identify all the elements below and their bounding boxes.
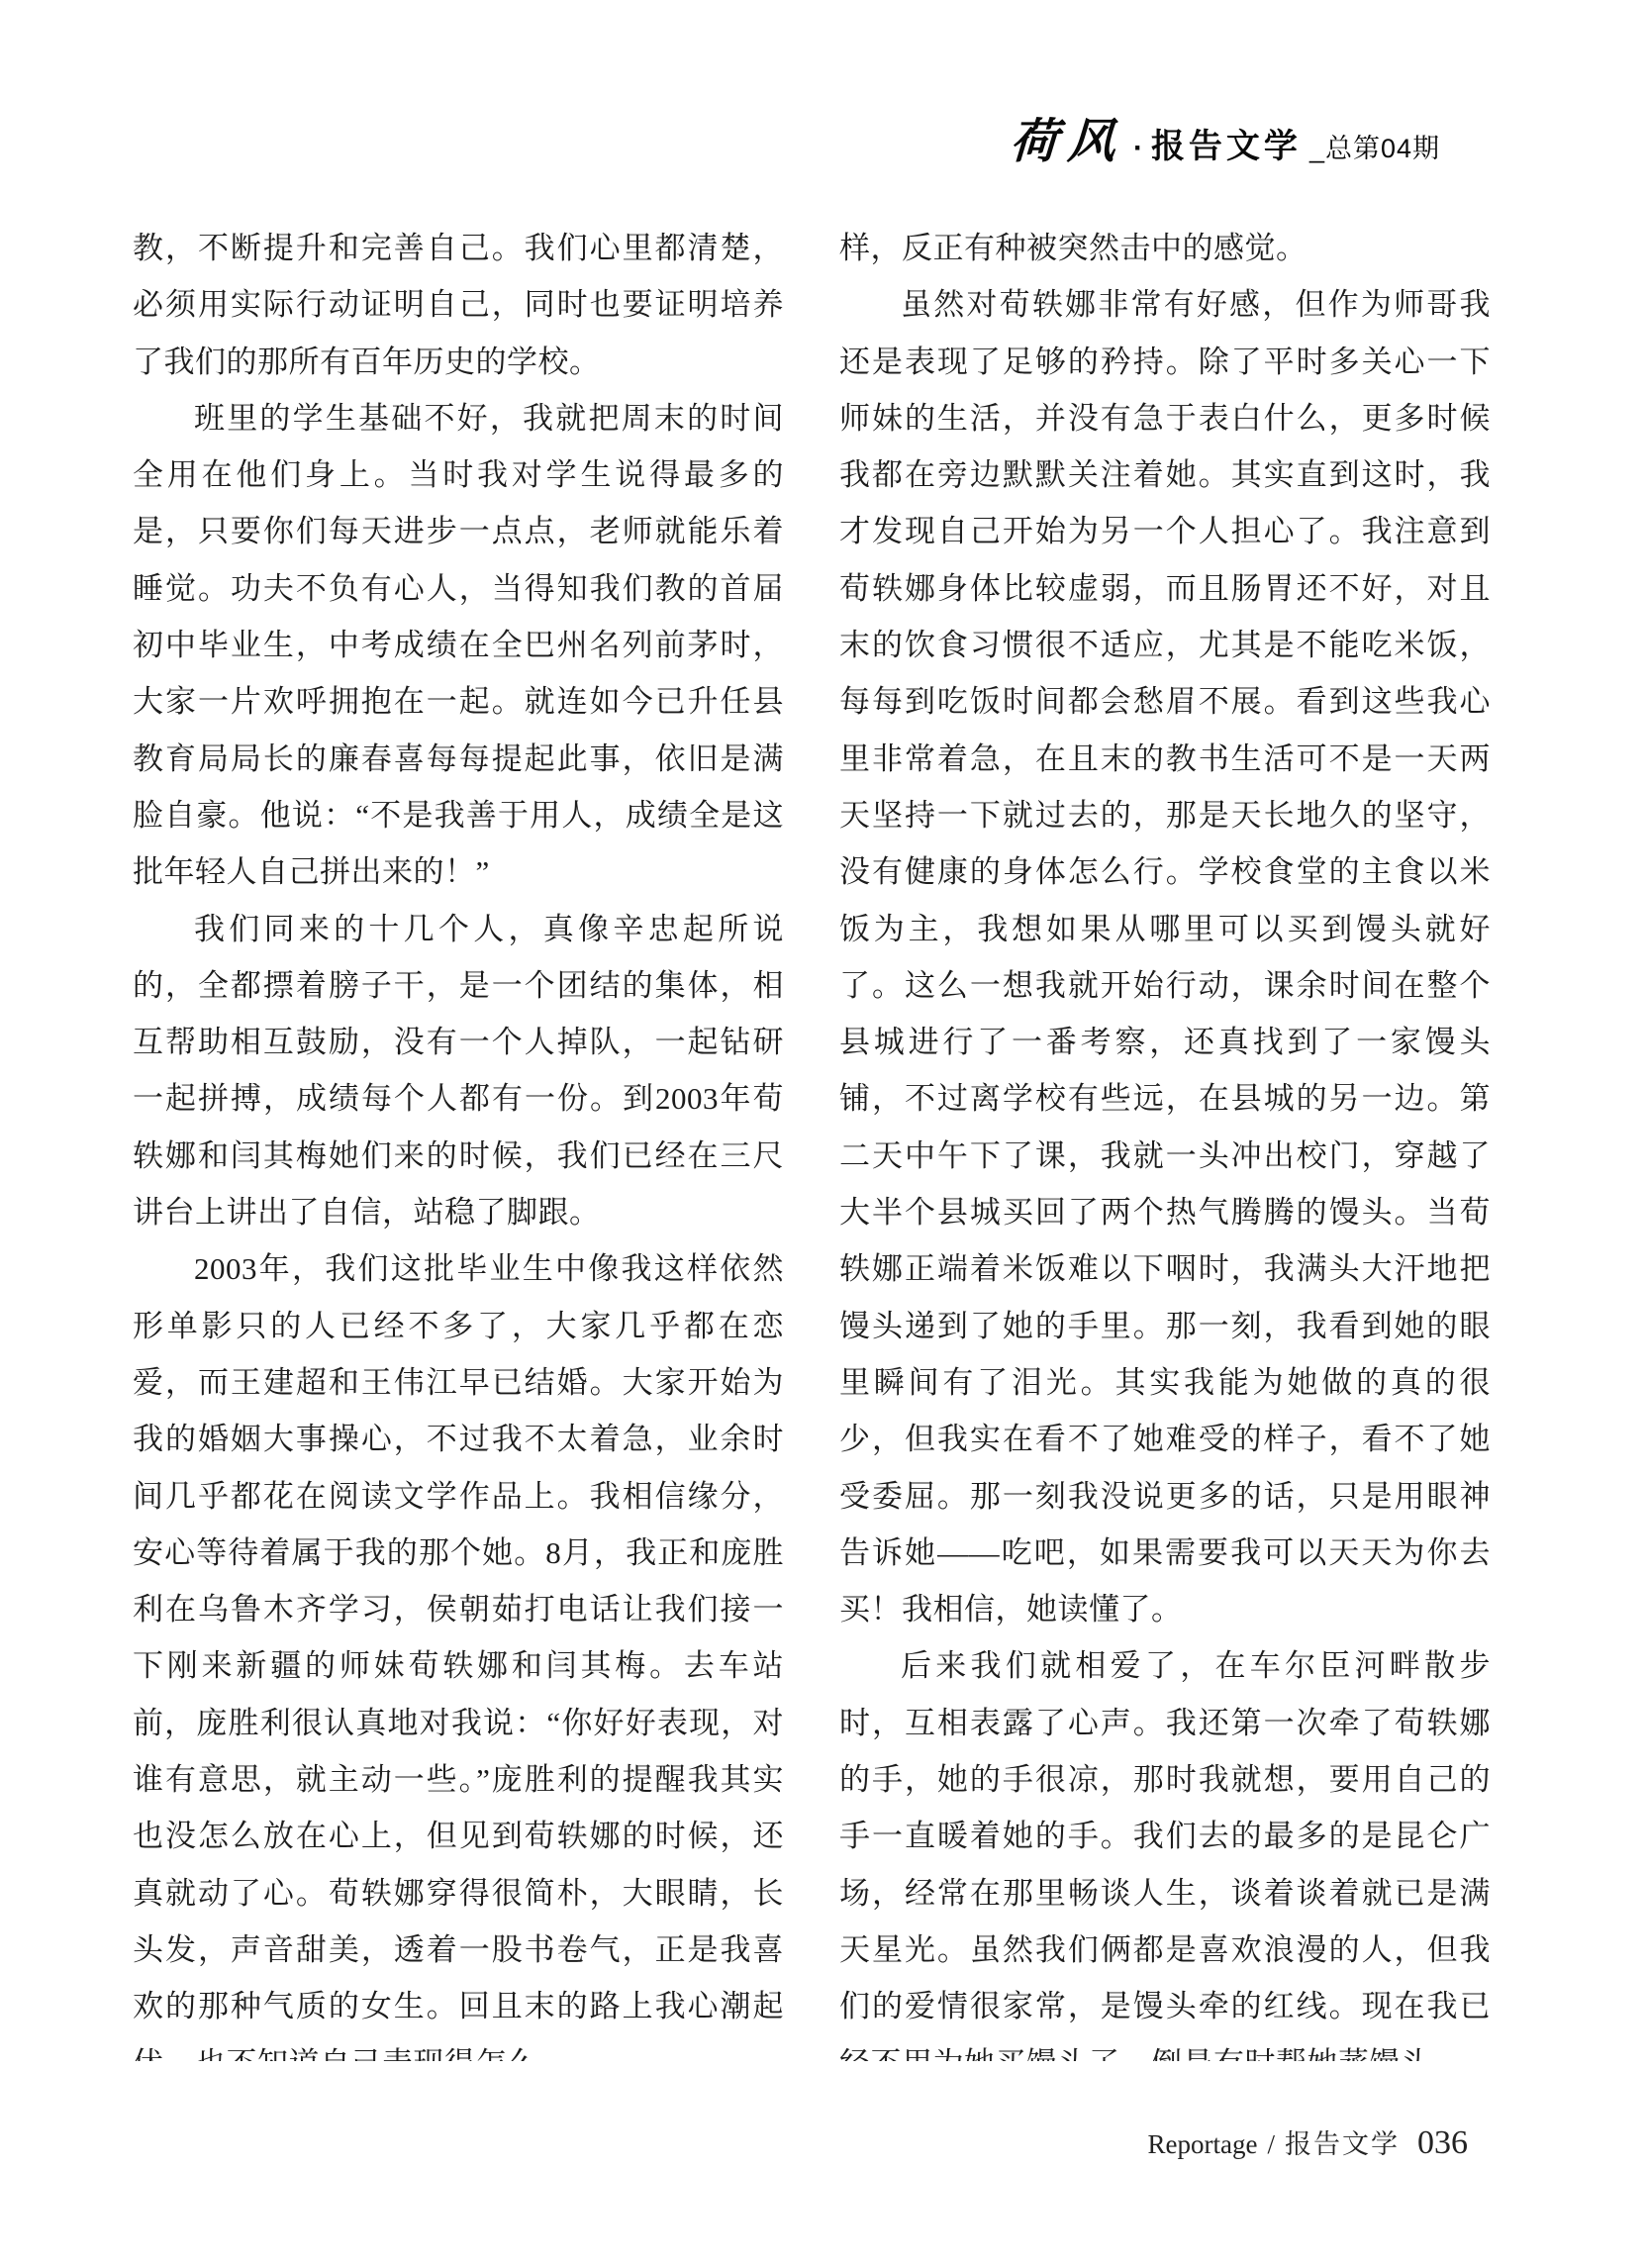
- paragraph: 教，不断提升和完善自己。我们心里都清楚，必须用实际行动证明自己，同时也要证明培养…: [133, 220, 784, 390]
- section-title: 报告文学: [1151, 119, 1302, 167]
- text-column-right: 样，反正有种被突然击中的感觉。虽然对荀轶娜非常有好感，但作为师哥我还是表现了足够…: [839, 220, 1491, 2061]
- paragraph: 虽然对荀轶娜非常有好感，但作为师哥我还是表现了足够的矜持。除了平时多关心一下师妹…: [839, 276, 1491, 1637]
- footer-section-label-zh: 报告文学: [1285, 2122, 1400, 2161]
- paragraph: 我们同来的十几个人，真像辛忠起所说的，全都摽着膀子干，是一个团结的集体，相互帮助…: [133, 901, 784, 1241]
- page-header: 荷风 · 报告文学 _总第04期: [1011, 103, 1440, 171]
- brand-logo: 荷风: [1009, 103, 1127, 171]
- text-column-left: 教，不断提升和完善自己。我们心里都清楚，必须用实际行动证明自己，同时也要证明培养…: [133, 220, 784, 2061]
- footer-divider: /: [1267, 2129, 1275, 2160]
- brand-separator-dot: ·: [1133, 132, 1143, 165]
- paragraph: 班里的学生基础不好，我就把周末的时间全用在他们身上。当时我对学生说得最多的是，只…: [133, 390, 784, 901]
- page-number: 036: [1417, 2124, 1468, 2162]
- footer-section-label-en: Reportage: [1148, 2129, 1258, 2160]
- paragraph: 2003年，我们这批毕业生中像我这样依然形单影只的人已经不多了，大家几乎都在恋爱…: [133, 1240, 784, 2061]
- page-footer: Reportage / 报告文学 036: [1148, 2122, 1468, 2162]
- paragraph: 样，反正有种被突然击中的感觉。: [839, 220, 1491, 276]
- magazine-page: 荷风 · 报告文学 _总第04期 教，不断提升和完善自己。我们心里都清楚，必须用…: [0, 0, 1646, 2268]
- paragraph: 后来我们就相爱了，在车尔臣河畔散步时，互相表露了心声。我还第一次牵了荀轶娜的手，…: [839, 1637, 1491, 2061]
- issue-number: _总第04期: [1309, 127, 1440, 165]
